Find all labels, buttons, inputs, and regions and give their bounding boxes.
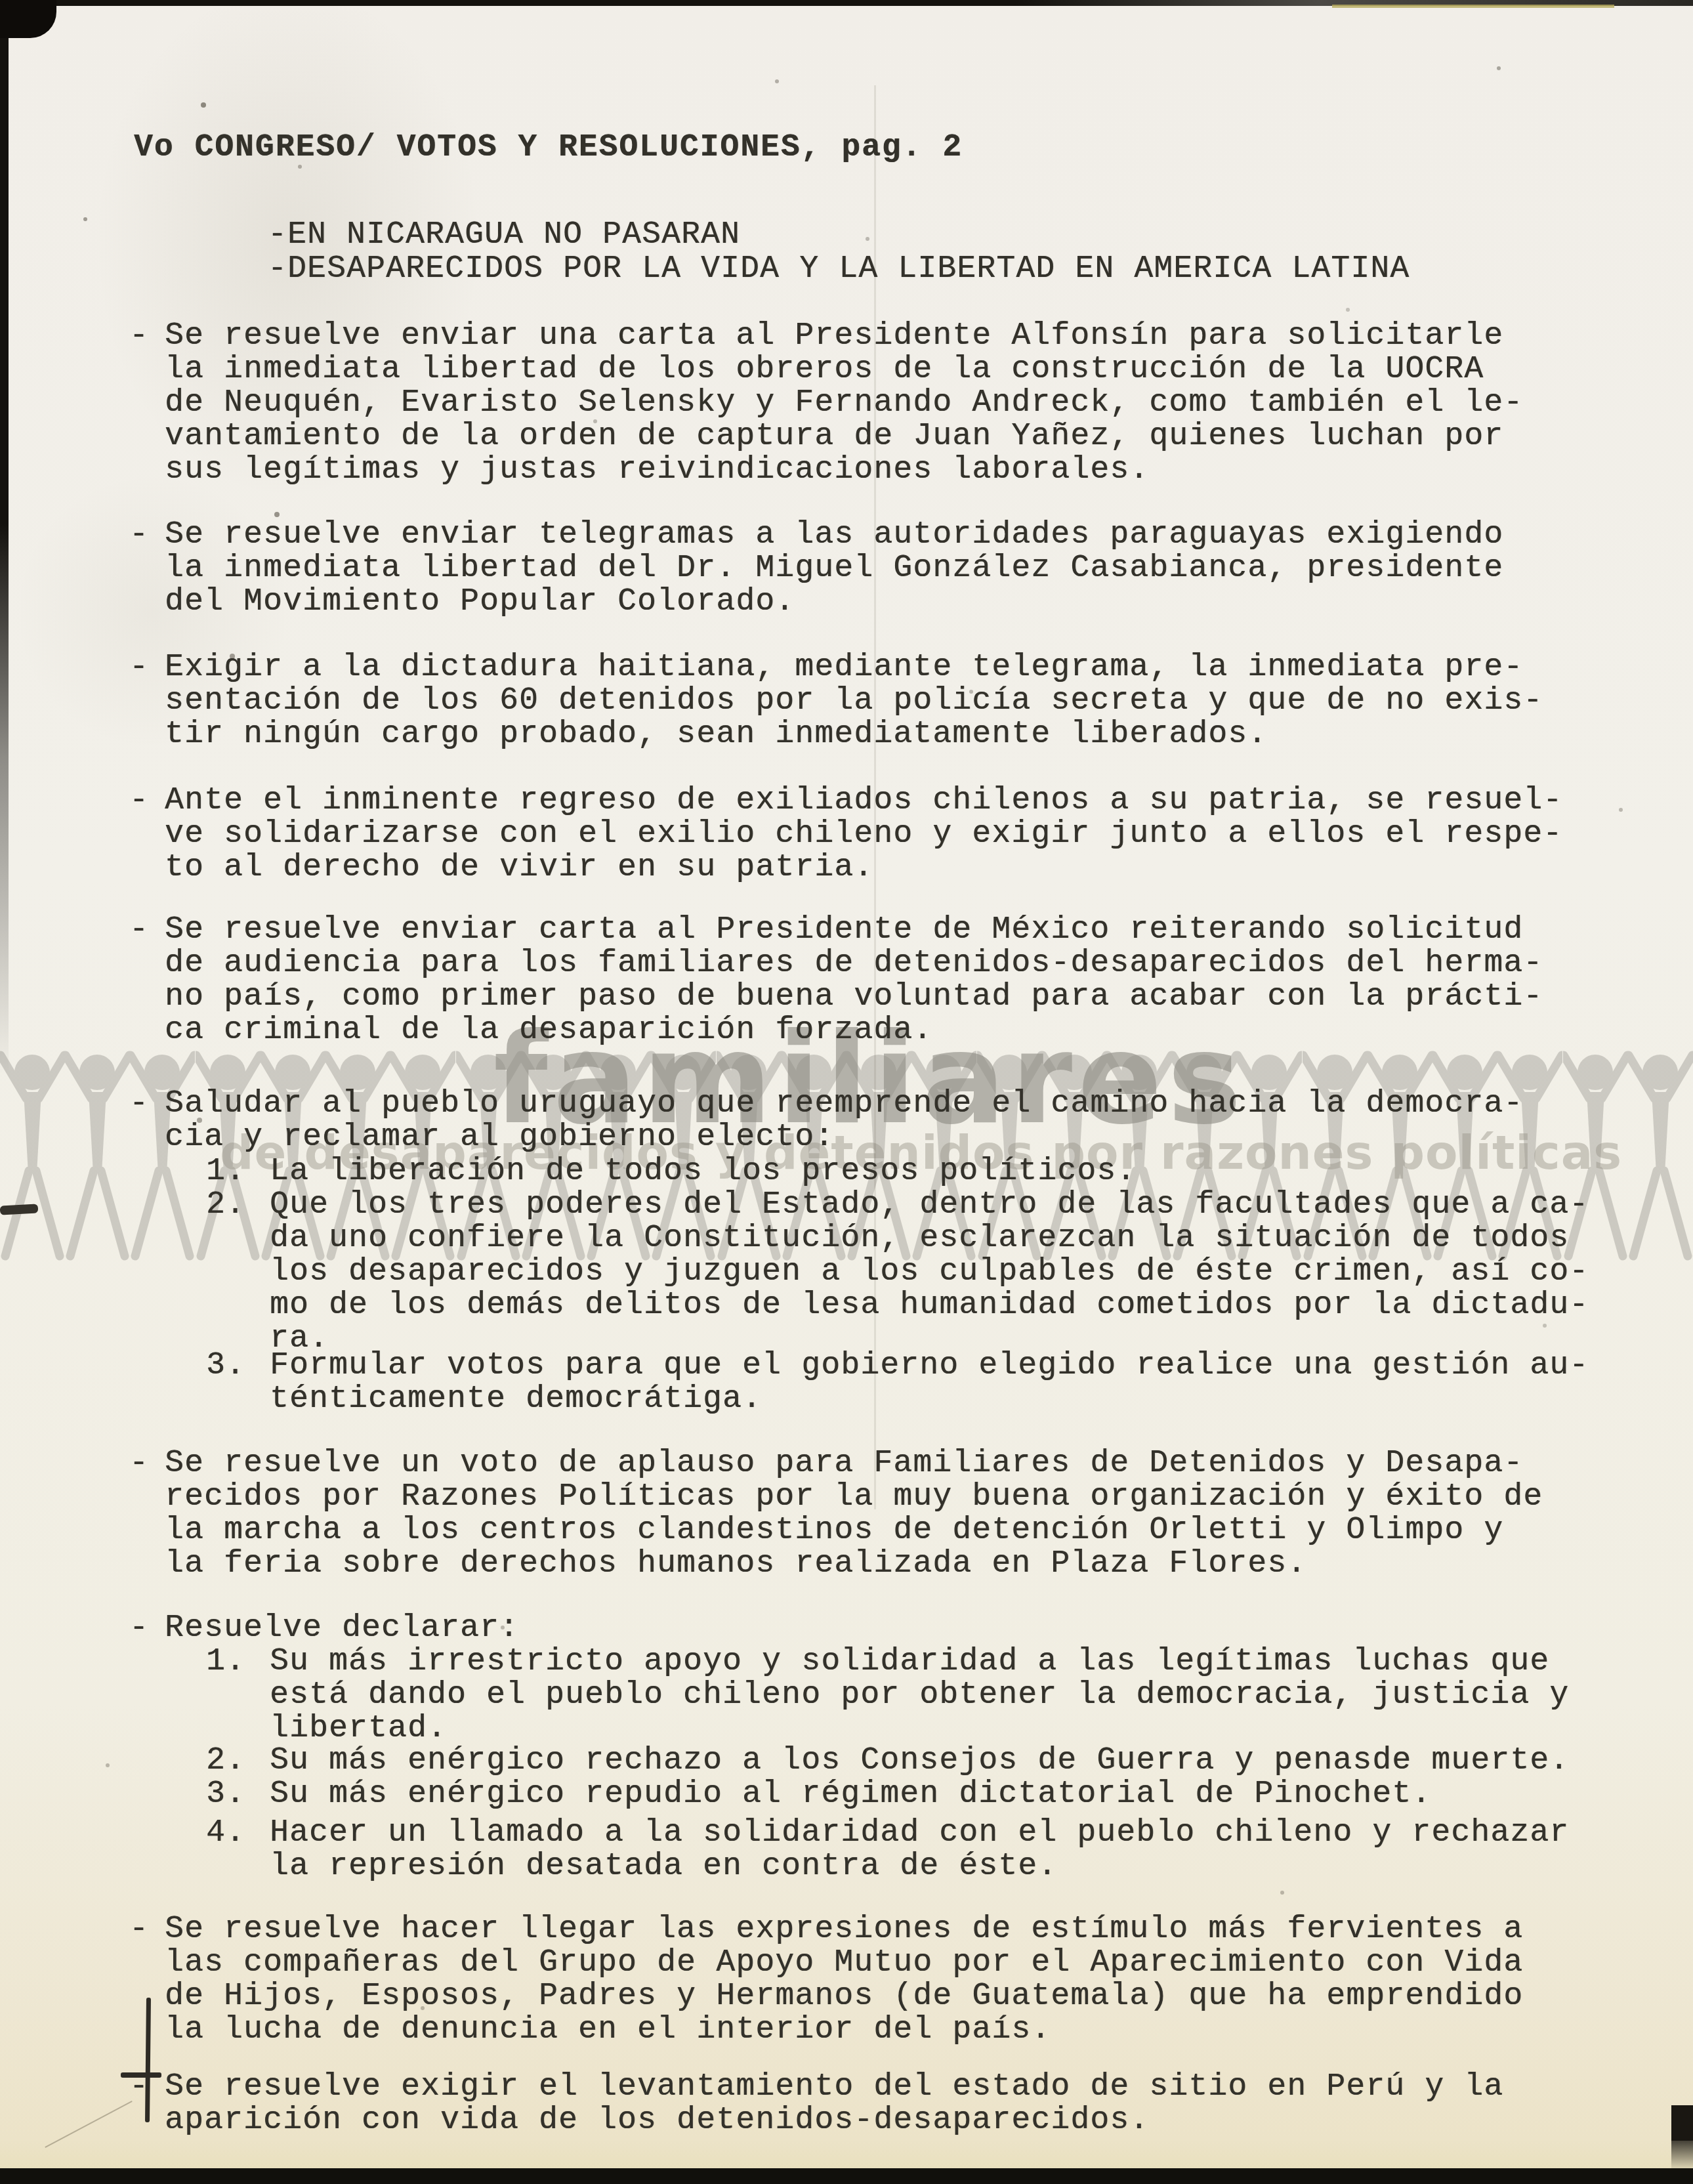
paragraph-text: Se resuelve exigir el levantamiento del … [165, 2070, 1648, 2137]
item-number: 1. [206, 1645, 245, 1679]
document-page: familiares de desaparecidos y detenidos … [0, 0, 1693, 2184]
item-text: Hacer un llamado a la solidaridad con el… [270, 1816, 1648, 1883]
bullet-dash: - [129, 913, 149, 947]
item-number: 4. [206, 1816, 245, 1850]
item-number: 3. [206, 1349, 245, 1383]
bullet-dash: - [129, 320, 149, 353]
item-text: Que los tres poderes del Estado, dentro … [270, 1188, 1648, 1356]
item-number: 3. [206, 1778, 245, 1811]
paragraph-text: Se resuelve un voto de aplauso para Fami… [165, 1447, 1648, 1581]
bullet-dash: - [129, 1612, 149, 1645]
bullet-dash: - [129, 651, 149, 684]
paragraph-text: Ante el inminente regreso de exiliados c… [165, 784, 1648, 885]
paragraph-text: Saludar al pueblo uruguayo que reemprend… [165, 1087, 1648, 1154]
item-text: Formular votos para que el gobierno eleg… [270, 1349, 1648, 1416]
paragraph-text: Resuelve declarar: [165, 1612, 1648, 1645]
paragraph-text: Se resuelve hacer llegar las expresiones… [165, 1913, 1648, 2047]
item-text: Su más enérgico rechazo a los Consejos d… [270, 1744, 1648, 1778]
bullet-dash: - [129, 2070, 149, 2104]
item-number: 2. [206, 1188, 245, 1222]
subhead-nicaragua: -EN NICARAGUA NO PASARAN [268, 219, 740, 252]
paragraph-text: Se resuelve enviar carta al Presidente d… [165, 913, 1648, 1047]
item-number: 1. [206, 1155, 245, 1188]
paragraph-text: Se resuelve enviar telegramas a las auto… [165, 518, 1648, 619]
bullet-dash: - [129, 1447, 149, 1480]
typewritten-content: Vo CONGRESO/ VOTOS Y RESOLUCIONES, pag. … [0, 0, 1693, 2184]
paragraph-text: Se resuelve enviar una carta al Presiden… [165, 320, 1648, 487]
bullet-dash: - [129, 1913, 149, 1946]
page-title: Vo CONGRESO/ VOTOS Y RESOLUCIONES, pag. … [134, 131, 963, 165]
subhead-desaparecidos: -DESAPARECIDOS POR LA VIDA Y LA LIBERTAD… [268, 253, 1410, 286]
item-number: 2. [206, 1744, 245, 1778]
item-text: Su más irrestricto apoyo y solidaridad a… [270, 1645, 1648, 1746]
bullet-dash: - [129, 784, 149, 818]
bullet-dash: - [129, 518, 149, 552]
paragraph-text: Exigir a la dictadura haitiana, mediante… [165, 651, 1648, 751]
item-text: La liberación de todos los presos políti… [270, 1155, 1648, 1188]
bullet-dash: - [129, 1087, 149, 1121]
item-text: Su más enérgico repudio al régimen dicta… [270, 1778, 1648, 1811]
